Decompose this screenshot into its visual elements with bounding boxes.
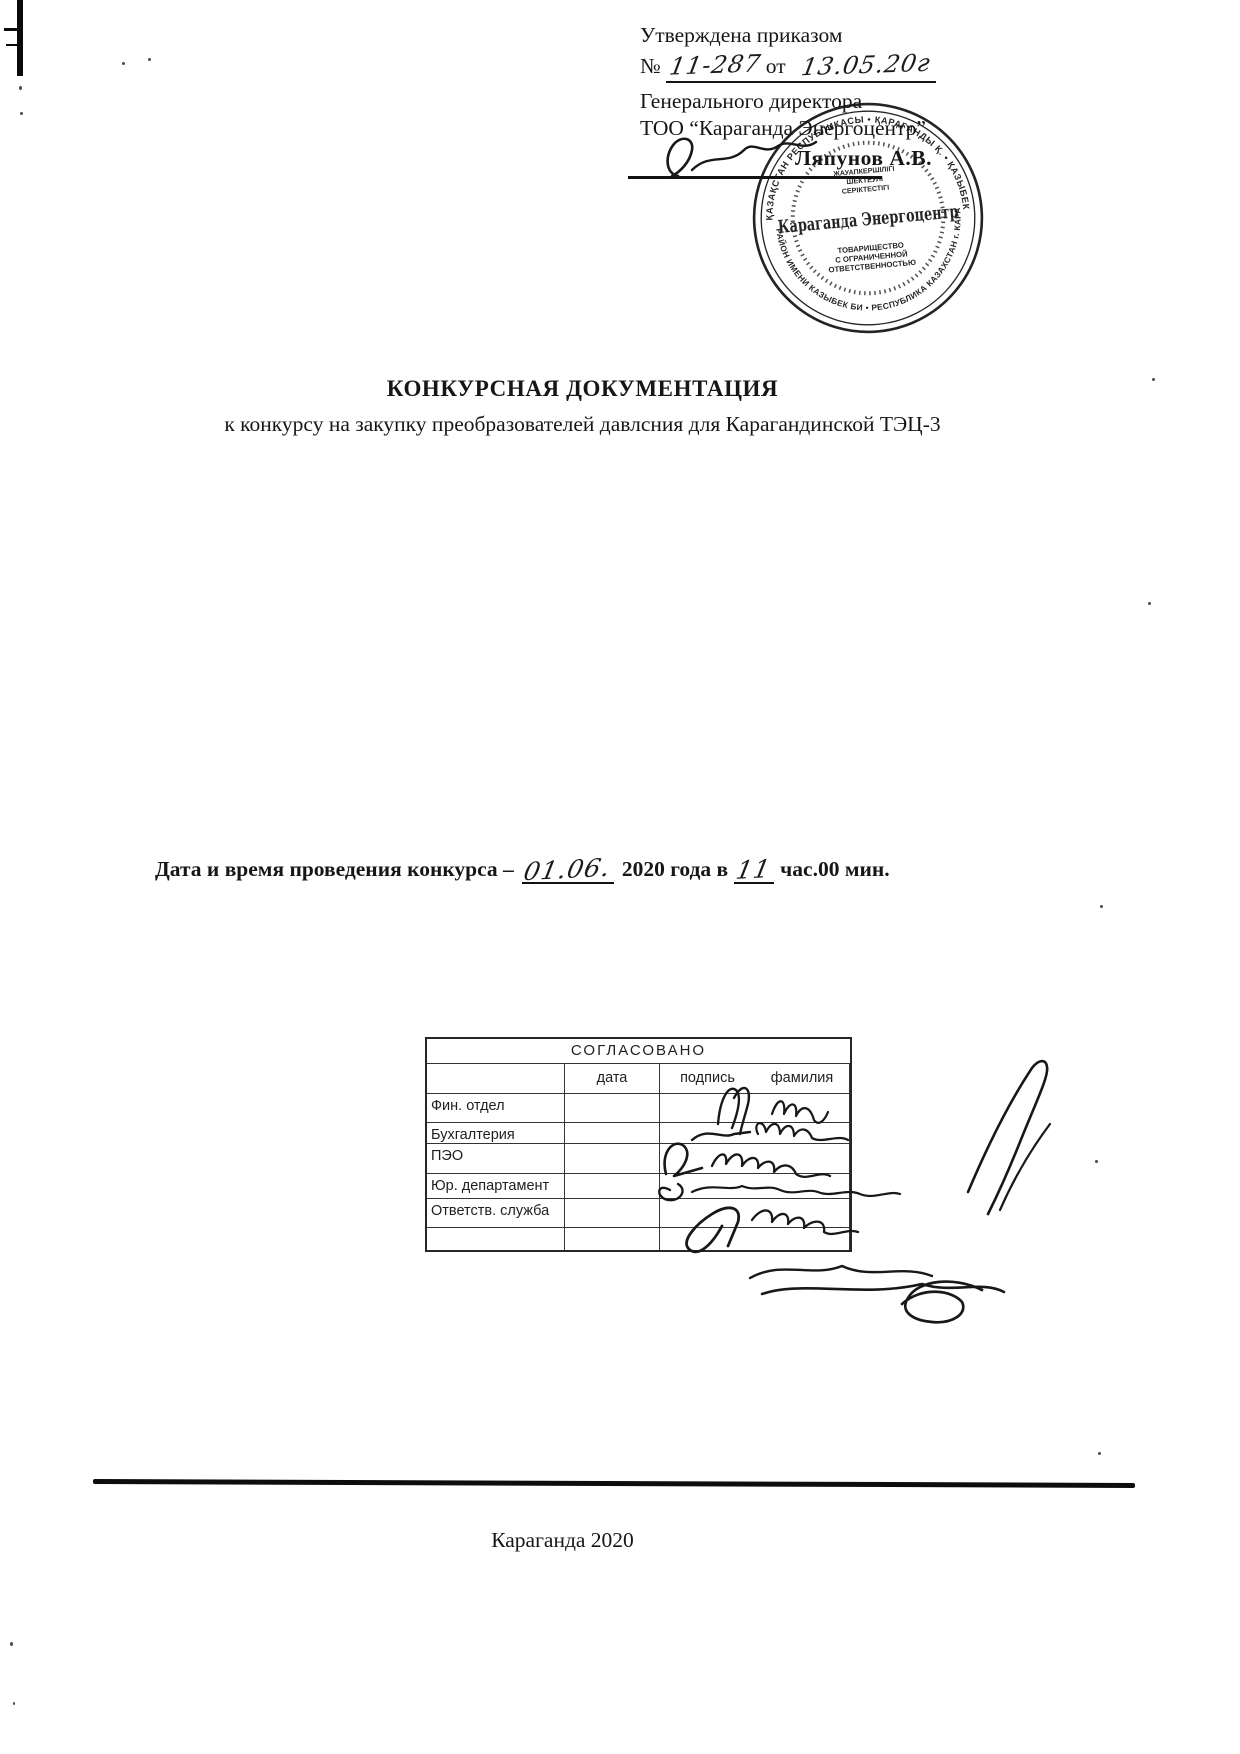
stamp-center-name: Караганда Энергоцентр	[777, 201, 959, 238]
scan-artifact	[122, 62, 125, 65]
footer-rule	[93, 1479, 1135, 1488]
document-title: КОНКУРСНАЯ ДОКУМЕНТАЦИЯ	[0, 376, 1165, 402]
scan-artifact	[148, 58, 151, 61]
scan-artifact	[1098, 1452, 1101, 1455]
footer-city-year: Караганда 2020	[0, 1528, 1125, 1553]
date-handwritten: 01.06.	[521, 853, 613, 886]
ot-label: от	[766, 54, 786, 78]
scan-artifact	[19, 86, 22, 90]
datetime-year-part: 2020 года в	[622, 857, 728, 881]
number-sign-label: №	[640, 54, 661, 78]
tender-datetime-line: Дата и время проведения конкурса –01.06.…	[155, 853, 890, 884]
order-date-handwritten: 13.05.20г	[799, 50, 933, 81]
datetime-suffix: час.00 мин.	[780, 857, 889, 881]
scan-artifact	[20, 112, 23, 115]
order-number-handwritten: 11-287	[667, 50, 763, 80]
table-row-label: Ответств. служба	[427, 1199, 565, 1228]
scan-artifact	[10, 1642, 13, 1646]
signoff-signatures-scrawl	[600, 1040, 1120, 1330]
scan-artifact	[6, 44, 18, 46]
scan-artifact	[1100, 905, 1103, 908]
order-number-line: № 11-287 от 13.05.20г	[640, 52, 1060, 84]
scan-artifact	[4, 28, 18, 31]
table-row-label: ПЭО	[427, 1144, 565, 1174]
document-subtitle: к конкурсу на закупку преобразователей д…	[0, 412, 1165, 437]
table-row-label: Бухгалтерия	[427, 1123, 565, 1144]
order-number-underline: 11-287 от 13.05.20г	[666, 52, 936, 83]
table-corner-cell	[427, 1064, 565, 1094]
date-blank: 01.06.	[522, 853, 614, 884]
scanned-document-page: Утверждена приказом № 11-287 от 13.05.20…	[0, 0, 1240, 1754]
table-row-label-empty	[427, 1228, 565, 1250]
hour-handwritten: 11	[734, 854, 774, 885]
hour-blank: 11	[734, 853, 774, 884]
table-row-label: Юр. департамент	[427, 1174, 565, 1199]
scan-artifact	[17, 0, 23, 76]
table-row-label: Фин. отдел	[427, 1094, 565, 1123]
datetime-prefix: Дата и время проведения конкурса –	[155, 857, 514, 881]
scan-artifact	[13, 1702, 15, 1705]
scan-artifact	[1148, 602, 1151, 605]
approved-by-order-line: Утверждена приказом	[640, 22, 1060, 49]
director-signature-scrawl	[652, 126, 822, 188]
